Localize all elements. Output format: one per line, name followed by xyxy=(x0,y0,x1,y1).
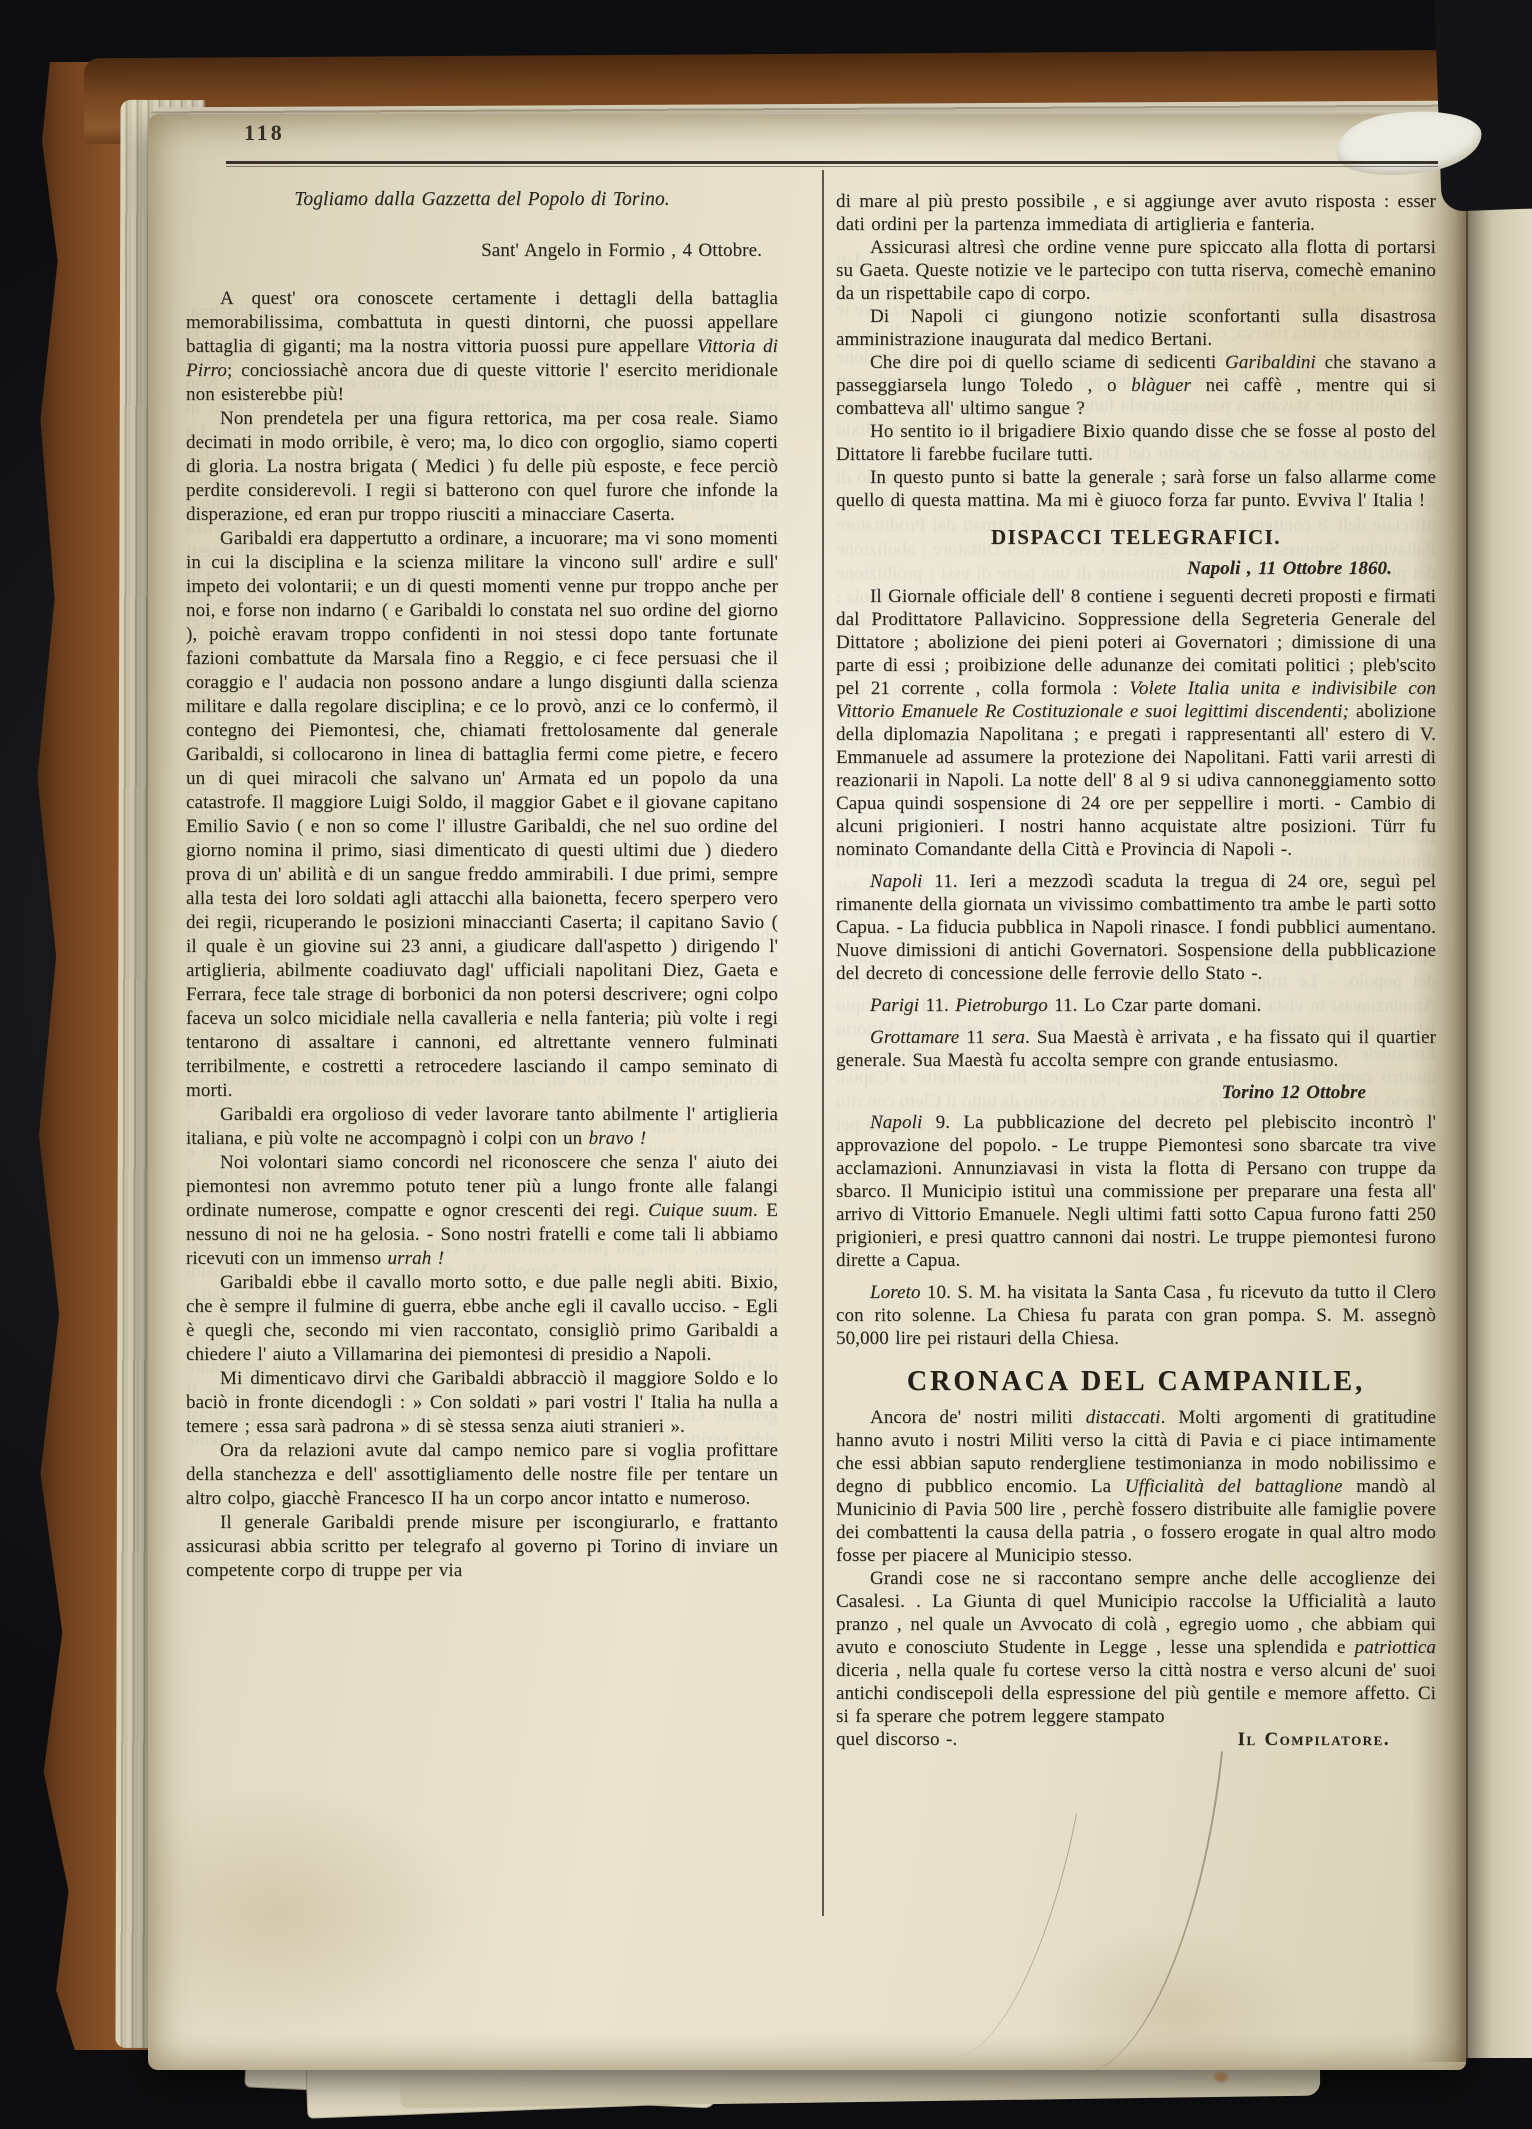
section-heading-cronaca: CRONACA DEL CAMPANILE, xyxy=(836,1370,1436,1393)
section-heading-dispatches: DISPACCI TELEGRAFICI. xyxy=(836,526,1436,549)
paragraph: Parigi 11. Pietroburgo 11. Lo Czar parte… xyxy=(836,994,1436,1017)
book-photo: A quest' ora conoscete certamente i dett… xyxy=(0,0,1532,2129)
dispatch-dateline-torino: Torino 12 Ottobre xyxy=(836,1081,1436,1104)
paragraph: Napoli 9. La pubblicazione del decreto p… xyxy=(836,1111,1436,1272)
source-kicker: Togliamo dalla Gazzetta del Popolo di To… xyxy=(186,188,778,212)
closing-words: quel discorso -. xyxy=(836,1728,957,1751)
foxing-stain xyxy=(1214,2072,1228,2082)
paragraph: Assicurasi altresì che ordine venne pure… xyxy=(836,236,1436,305)
paragraph: Ora da relazioni avute dal campo nemico … xyxy=(186,1439,778,1511)
paragraph: In questo punto si batte la generale ; s… xyxy=(836,466,1436,512)
paragraph: Il Giornale officiale dell' 8 contiene i… xyxy=(836,585,1436,861)
paragraph: Non prendetela per una figura rettorica,… xyxy=(186,407,778,527)
header-rule xyxy=(226,161,1438,167)
paragraph: Ho sentito io il brigadiere Bixio quando… xyxy=(836,420,1436,466)
article-body: A quest' ora conoscete certamente i dett… xyxy=(186,287,778,1583)
dispatch-list: Napoli 9. La pubblicazione del decreto p… xyxy=(836,1111,1436,1350)
paragraph: Di Napoli ci giungono notizie sconfortan… xyxy=(836,305,1436,351)
article-body-continued: di mare al più presto possibile , e si a… xyxy=(836,190,1436,512)
page-number: 118 xyxy=(244,120,285,146)
column-divider-rule xyxy=(822,170,824,1916)
paragraph: Napoli 11. Ieri a mezzodì scaduta la tre… xyxy=(836,870,1436,985)
paragraph: Il generale Garibaldi prende misure per … xyxy=(186,1511,778,1583)
article-dateline: Sant' Angelo in Formio , 4 Ottobre. xyxy=(186,239,778,263)
paragraph: Mi dimenticavo dirvi che Garibaldi abbra… xyxy=(186,1367,778,1439)
paragraph: Che dire poi di quello sciame di sedicen… xyxy=(836,351,1436,420)
backdrop-corner xyxy=(1434,0,1532,212)
paragraph: Garibaldi era orgolioso di veder lavorar… xyxy=(186,1103,778,1151)
paragraph: Garibaldi era dappertutto a ordinare, a … xyxy=(186,527,778,1103)
paragraph: Loreto 10. S. M. ha visitata la Santa Ca… xyxy=(836,1281,1436,1350)
right-column: di mare al più presto possibile , e si a… xyxy=(836,190,1436,1751)
compiler-signature: Il Compilatore. xyxy=(1238,1728,1390,1751)
facing-page-edge xyxy=(1466,146,1532,2058)
paragraph: A quest' ora conoscete certamente i dett… xyxy=(186,287,778,407)
paragraph: Grottamare 11 sera. Sua Maestà è arrivat… xyxy=(836,1026,1436,1072)
dispatch-list: Il Giornale officiale dell' 8 contiene i… xyxy=(836,585,1436,1072)
left-column: Togliamo dalla Gazzetta del Popolo di To… xyxy=(186,188,778,1583)
paragraph: Ancora de' nostri militi distaccati. Mol… xyxy=(836,1406,1436,1567)
cronaca-body: Ancora de' nostri militi distaccati. Mol… xyxy=(836,1406,1436,1728)
paragraph: Garibaldi ebbe il cavallo morto sotto, e… xyxy=(186,1271,778,1367)
dispatch-dateline: Napoli , 11 Ottobre 1860. xyxy=(836,557,1436,580)
paragraph: Noi volontari siamo concordi nel riconos… xyxy=(186,1151,778,1271)
paragraph: Grandi cose ne si raccontano sempre anch… xyxy=(836,1567,1436,1728)
paragraph: di mare al più presto possibile , e si a… xyxy=(836,190,1436,236)
